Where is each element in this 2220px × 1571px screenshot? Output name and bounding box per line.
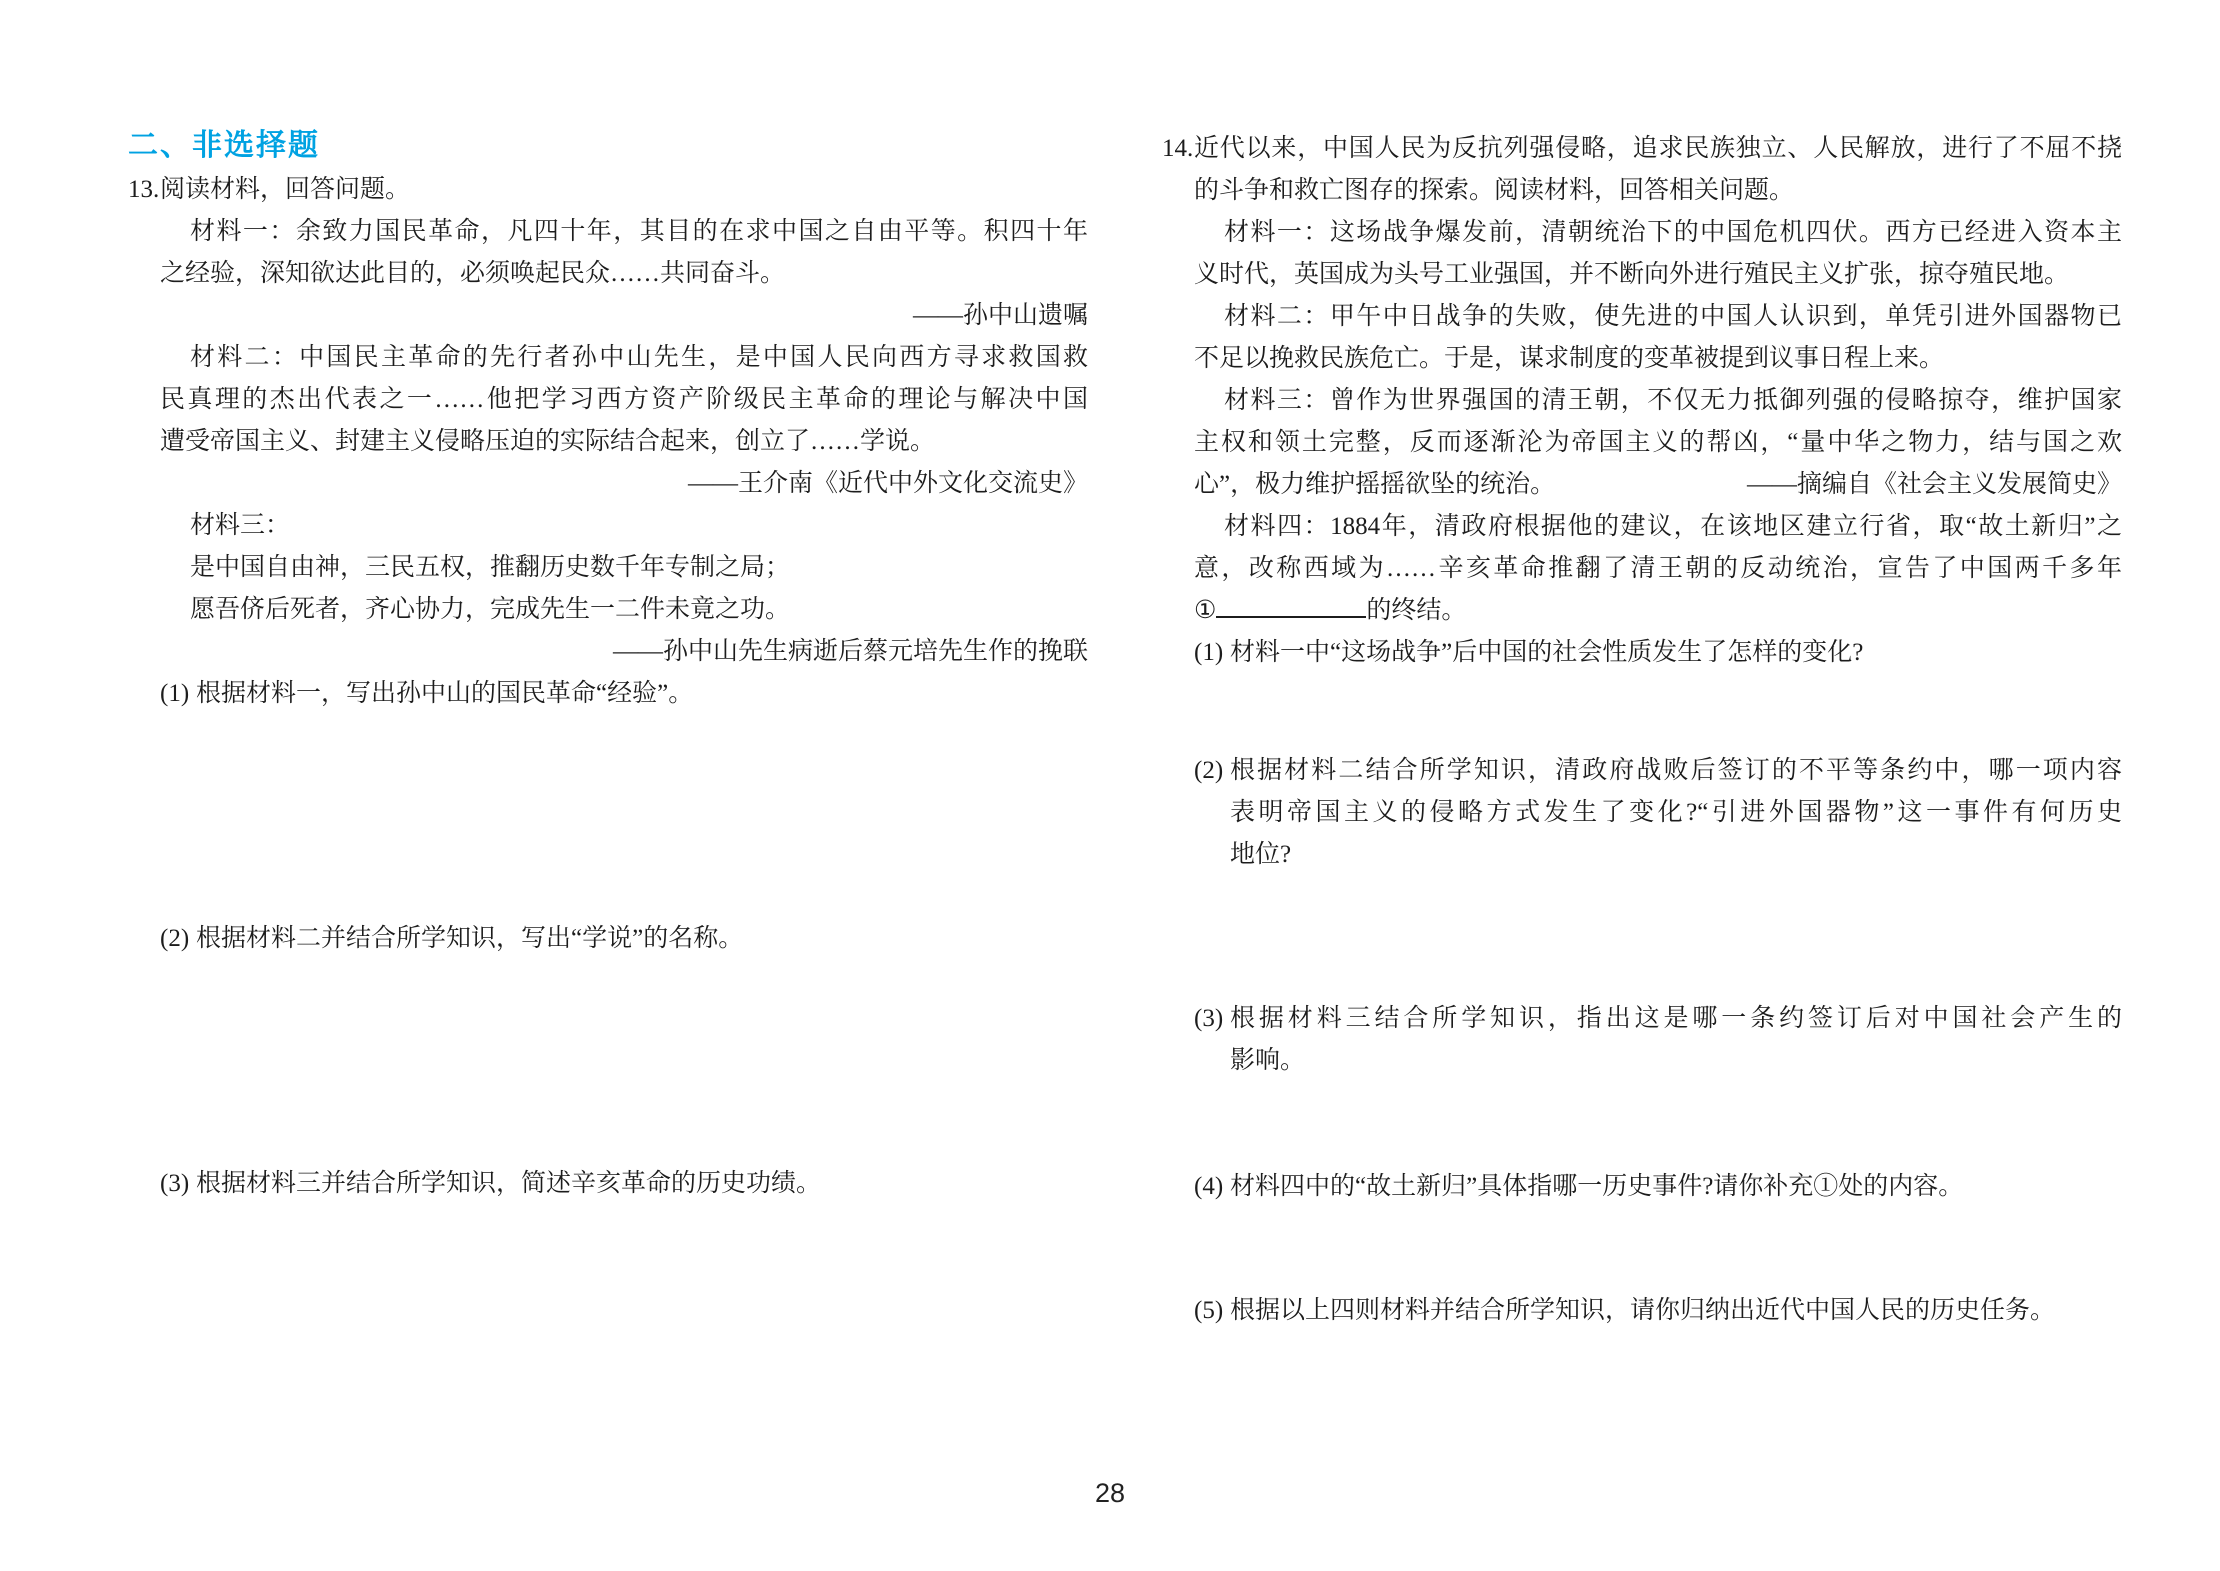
question-13-number: 13.	[128, 169, 159, 211]
right-column: 14. 近代以来，中国人民为反抗列强侵略，追求民族独立、人民解放，进行了不屈不挠…	[1162, 128, 2122, 1332]
answer-blank	[1216, 612, 1366, 618]
question-14: 14. 近代以来，中国人民为反抗列强侵略，追求民族独立、人民解放，进行了不屈不挠…	[1162, 128, 2122, 1332]
material-3-label: 材料三：	[160, 505, 1088, 547]
sub-question-4: (4) 材料四中的“故土新归”具体指哪一历史事件?请你补充①处的内容。	[1194, 1166, 2122, 1208]
sub-question-1: (1) 根据材料一，写出孙中山的国民革命“经验”。	[160, 673, 1088, 715]
page-number: 28	[0, 1478, 2220, 1509]
material-blank-line: ①的终结。	[1194, 590, 2122, 632]
material-2: 材料二：中国民主革命的先行者孙中山先生，是中国人民向西方寻求救国救 民真理的杰出…	[160, 337, 1088, 505]
sub-question-text: 材料四中的“故土新归”具体指哪一历史事件?请你补充①处的内容。	[1230, 1166, 2122, 1208]
sub-question-marker: (2)	[160, 918, 189, 960]
blank-prefix: ①	[1194, 597, 1216, 624]
material-line: 心”，极力维护摇摇欲坠的统治。	[1194, 464, 1555, 506]
sub-question-marker: (3)	[160, 1163, 189, 1205]
sub-question-text: 根据材料二结合所学知识，清政府战败后签订的不平等条约中，哪一项内容	[1230, 750, 2122, 792]
question-13-stem: 阅读材料，回答问题。	[160, 169, 1088, 211]
material-3-source: ——摘编自《社会主义发展简史》	[1747, 464, 2122, 506]
material-line: 之经验，深知欲达此目的，必须唤起民众……共同奋斗。	[160, 253, 1088, 295]
question-14-stem: 近代以来，中国人民为反抗列强侵略，追求民族独立、人民解放，进行了不屈不挠	[1194, 128, 2122, 170]
material-line: 不足以挽救民族危亡。于是，谋求制度的变革被提到议事日程上来。	[1194, 338, 2122, 380]
sub-question-marker: (1)	[1194, 632, 1223, 674]
material-1: 材料一：这场战争爆发前，清朝统治下的中国危机四伏。西方已经进入资本主 义时代，英…	[1194, 212, 2122, 296]
material-line: 材料一：余致力国民革命，凡四十年，其目的在求中国之自由平等。积四十年	[160, 211, 1088, 253]
sub-question-text: 根据材料一，写出孙中山的国民革命“经验”。	[196, 673, 1088, 715]
material-line: 材料二：中国民主革命的先行者孙中山先生，是中国人民向西方寻求救国救	[160, 337, 1088, 379]
sub-question-1: (1) 材料一中“这场战争”后中国的社会性质发生了怎样的变化?	[1194, 632, 2122, 674]
material-3: 材料三：曾作为世界强国的清王朝，不仅无力抵御列强的侵略掠夺，维护国家 主权和领土…	[1194, 380, 2122, 506]
sub-question-marker: (2)	[1194, 750, 1223, 792]
question-14-number: 14.	[1162, 128, 1193, 170]
sub-question-5: (5) 根据以上四则材料并结合所学知识，请你归纳出近代中国人民的历史任务。	[1194, 1290, 2122, 1332]
material-line: 义时代，英国成为头号工业强国，并不断向外进行殖民主义扩张，掠夺殖民地。	[1194, 254, 2122, 296]
material-line: 材料三：曾作为世界强国的清王朝，不仅无力抵御列强的侵略掠夺，维护国家	[1194, 380, 2122, 422]
sub-question-2: (2) 根据材料二并结合所学知识，写出“学说”的名称。	[160, 918, 1088, 960]
sub-question-text: 影响。	[1230, 1040, 2122, 1082]
left-column: 二、非选择题 13. 阅读材料，回答问题。 材料一：余致力国民革命，凡四十年，其…	[128, 123, 1088, 1205]
sub-question-3: (3) 根据材料三并结合所学知识，简述辛亥革命的历史功绩。	[160, 1163, 1088, 1205]
sub-question-text: 表明帝国主义的侵略方式发生了变化?“引进外国器物”这一事件有何历史	[1230, 792, 2122, 834]
material-line: 主权和领土完整，反而逐渐沦为帝国主义的帮凶，“量中华之物力，结与国之欢	[1194, 422, 2122, 464]
sub-question-2: (2) 根据材料二结合所学知识，清政府战败后签订的不平等条约中，哪一项内容 表明…	[1194, 750, 2122, 876]
material-line: 材料一：这场战争爆发前，清朝统治下的中国危机四伏。西方已经进入资本主	[1194, 212, 2122, 254]
sub-question-text: 根据材料二并结合所学知识，写出“学说”的名称。	[196, 918, 1088, 960]
material-line: 遭受帝国主义、封建主义侵略压迫的实际结合起来，创立了……学说。	[160, 421, 1088, 463]
material-line: 民真理的杰出代表之一……他把学习西方资产阶级民主革命的理论与解决中国	[160, 379, 1088, 421]
sub-question-marker: (4)	[1194, 1166, 1223, 1208]
material-line: 意，改称西域为……辛亥革命推翻了清王朝的反动统治，宣告了中国两千多年	[1194, 548, 2122, 590]
exam-page: { "page": { "number": "28" }, "theme": {…	[0, 0, 2220, 1571]
sub-question-text: 根据材料三并结合所学知识，简述辛亥革命的历史功绩。	[196, 1163, 1088, 1205]
material-line: 材料四：1884年，清政府根据他的建议，在该地区建立行省，取“故土新归”之	[1194, 506, 2122, 548]
sub-question-marker: (1)	[160, 673, 189, 715]
sub-question-3: (3) 根据材料三结合所学知识，指出这是哪一条约签订后对中国社会产生的 影响。	[1194, 998, 2122, 1082]
sub-question-marker: (5)	[1194, 1290, 1223, 1332]
sub-question-text: 根据材料三结合所学知识，指出这是哪一条约签订后对中国社会产生的	[1230, 998, 2122, 1040]
material-1-source: ——孙中山遗嘱	[160, 295, 1088, 337]
material-3: 材料三： 是中国自由神，三民五权，推翻历史数千年专制之局； 愿吾侪后死者，齐心协…	[160, 505, 1088, 673]
material-2-source: ——王介南《近代中外文化交流史》	[160, 463, 1088, 505]
material-verse-line: 是中国自由神，三民五权，推翻历史数千年专制之局；	[160, 547, 1088, 589]
question-14-stem: 的斗争和救亡图存的探索。阅读材料，回答相关问题。	[1194, 170, 2122, 212]
material-line: 材料二：甲午中日战争的失败，使先进的中国人认识到，单凭引进外国器物已	[1194, 296, 2122, 338]
sub-question-text: 根据以上四则材料并结合所学知识，请你归纳出近代中国人民的历史任务。	[1230, 1290, 2122, 1332]
sub-question-text: 地位?	[1230, 834, 2122, 876]
material-2: 材料二：甲午中日战争的失败，使先进的中国人认识到，单凭引进外国器物已 不足以挽救…	[1194, 296, 2122, 380]
material-4: 材料四：1884年，清政府根据他的建议，在该地区建立行省，取“故土新归”之 意，…	[1194, 506, 2122, 632]
sub-question-text: 材料一中“这场战争”后中国的社会性质发生了怎样的变化?	[1230, 632, 2122, 674]
material-3-source: ——孙中山先生病逝后蔡元培先生作的挽联	[160, 631, 1088, 673]
section-heading: 二、非选择题	[128, 123, 1088, 169]
sub-question-marker: (3)	[1194, 998, 1223, 1040]
blank-suffix: 的终结。	[1366, 597, 1466, 624]
material-verse-line: 愿吾侪后死者，齐心协力，完成先生一二件未竟之功。	[160, 589, 1088, 631]
material-1: 材料一：余致力国民革命，凡四十年，其目的在求中国之自由平等。积四十年 之经验，深…	[160, 211, 1088, 337]
question-13: 13. 阅读材料，回答问题。 材料一：余致力国民革命，凡四十年，其目的在求中国之…	[128, 169, 1088, 1205]
material-line-with-source: 心”，极力维护摇摇欲坠的统治。 ——摘编自《社会主义发展简史》	[1194, 464, 2122, 506]
